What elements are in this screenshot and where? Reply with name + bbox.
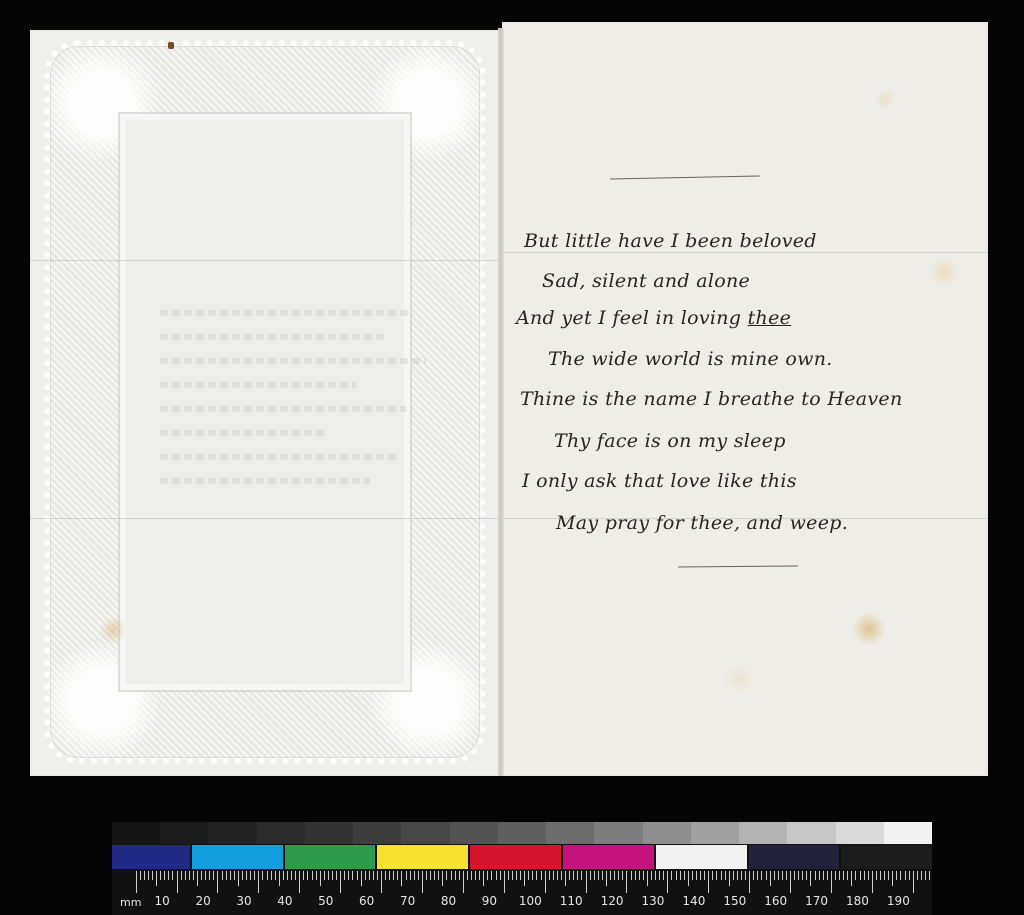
ruler-tick (381, 871, 382, 893)
ruler-label: 110 (560, 894, 583, 908)
ruler-tick (197, 871, 198, 886)
ruler-tick (573, 871, 574, 880)
ruler-label: 60 (359, 894, 374, 908)
ruler-tick (577, 871, 578, 880)
ruler-tick (536, 871, 537, 880)
ruler-tick (704, 871, 705, 880)
ruler-tick (631, 871, 632, 880)
color-patch-red (470, 845, 561, 869)
foxing-spot (100, 615, 126, 645)
ruler-tick (586, 871, 587, 893)
ruler-tick (909, 871, 910, 880)
ruler-tick (475, 871, 476, 880)
ruler-tick (651, 871, 652, 880)
color-patch-cyan (192, 845, 283, 869)
poem-line: And yet I feel in loving thee (516, 307, 791, 329)
ruler-tick (316, 871, 317, 880)
gray-patch (257, 822, 305, 844)
ruler-tick (541, 871, 542, 880)
ruler-tick (851, 871, 852, 886)
ruler-tick (397, 871, 398, 880)
handwritten-poem: But little have I been beloved Sad, sile… (502, 22, 988, 776)
ruler-tick (242, 871, 243, 880)
ruler-tick (855, 871, 856, 880)
poem-line: But little have I been beloved (524, 230, 817, 252)
ruler-label: 50 (318, 894, 333, 908)
ruler-tick (455, 871, 456, 880)
ruler-tick (205, 871, 206, 880)
ruler-tick (905, 871, 906, 880)
ruler-tick (442, 871, 443, 886)
ruler-unit-label: mm (120, 896, 141, 909)
ruler-tick (594, 871, 595, 880)
ruler-tick (508, 871, 509, 880)
ruler-tick (271, 871, 272, 880)
ruler-tick (802, 871, 803, 880)
ruler-tick (369, 871, 370, 880)
ruler-tick (913, 871, 914, 893)
ruler-tick (512, 871, 513, 880)
ruler-tick (373, 871, 374, 880)
foxing-spot (168, 42, 174, 49)
ruler-label: 120 (601, 894, 624, 908)
ruler-tick (320, 871, 321, 886)
color-patch-strip (112, 845, 932, 869)
ruler-tick (463, 871, 464, 893)
ruler-label: 70 (400, 894, 415, 908)
ruler-tick (561, 871, 562, 880)
ruler-tick (328, 871, 329, 880)
ink-show-through (160, 292, 440, 522)
ruler-tick (250, 871, 251, 880)
ruler-tick (516, 871, 517, 880)
gray-patch (305, 822, 353, 844)
ruler-tick (459, 871, 460, 880)
ruler-tick (864, 871, 865, 880)
ruler-tick (815, 871, 816, 880)
ruler-tick (426, 871, 427, 880)
ruler-tick (671, 871, 672, 880)
gray-patch (353, 822, 401, 844)
right-page: But little have I been beloved Sad, sile… (502, 22, 988, 776)
ruler-tick (430, 871, 431, 880)
ruler-tick (377, 871, 378, 880)
ruler-tick (238, 871, 239, 886)
ruler-tick (831, 871, 832, 893)
ruler-tick (761, 871, 762, 880)
ruler-tick (258, 871, 259, 893)
ruler-tick (790, 871, 791, 893)
ruler-tick (491, 871, 492, 880)
ruler-tick (614, 871, 615, 880)
ruler-tick (786, 871, 787, 880)
gray-patch (112, 822, 160, 844)
ruler-tick (827, 871, 828, 880)
ruler-tick (721, 871, 722, 880)
ruler-tick (312, 871, 313, 880)
ruler-tick (843, 871, 844, 880)
ruler-tick (770, 871, 771, 886)
ruler-tick (434, 871, 435, 880)
ruler-tick (667, 871, 668, 893)
ruler-tick (483, 871, 484, 886)
color-patch-white (656, 845, 747, 869)
ruler-tick (757, 871, 758, 880)
ruler-tick (528, 871, 529, 880)
ruler-tick (847, 871, 848, 880)
ruler-tick (692, 871, 693, 880)
ruler-label: 100 (519, 894, 542, 908)
ruler-tick (888, 871, 889, 880)
ruler-label: 30 (236, 894, 251, 908)
ruler-tick (500, 871, 501, 880)
color-patch-yellow (377, 845, 468, 869)
ruler-tick (401, 871, 402, 886)
ruler-tick (389, 871, 390, 880)
color-patch-magenta (563, 845, 654, 869)
ruler-tick (557, 871, 558, 880)
ruler-tick (896, 871, 897, 880)
ruler-tick (810, 871, 811, 886)
ruler-tick (610, 871, 611, 880)
ruler-tick (581, 871, 582, 880)
ruler-tick (524, 871, 525, 886)
ruler-tick (156, 871, 157, 886)
ruler-tick (708, 871, 709, 893)
ruler-tick (246, 871, 247, 880)
ruler-tick (880, 871, 881, 880)
ruler-tick (798, 871, 799, 880)
ruler-tick (622, 871, 623, 880)
ruler-tick (201, 871, 202, 880)
poem-line: Thine is the name I breathe to Heaven (520, 388, 902, 410)
gray-patch (691, 822, 739, 844)
ruler-tick (295, 871, 296, 880)
ruler-tick (340, 871, 341, 893)
ruler-tick (303, 871, 304, 880)
ruler-tick (283, 871, 284, 880)
ruler-tick (680, 871, 681, 880)
mm-ruler: mm 1020304050607080901001101201301401501… (112, 871, 932, 915)
ruler-tick (189, 871, 190, 880)
top-flourish (610, 175, 760, 179)
ruler-label: 150 (723, 894, 746, 908)
ruler-tick (209, 871, 210, 880)
gray-patch (546, 822, 594, 844)
ruler-tick (876, 871, 877, 880)
ruler-tick (549, 871, 550, 880)
gray-patch (787, 822, 835, 844)
ruler-tick (872, 871, 873, 893)
ruler-tick (900, 871, 901, 880)
gray-patch (450, 822, 498, 844)
ruler-tick (639, 871, 640, 880)
grayscale-strip (112, 822, 932, 844)
poem-line: The wide world is mine own. (548, 348, 833, 370)
ruler-tick (418, 871, 419, 880)
ruler-tick (725, 871, 726, 880)
underlined-word: thee (748, 307, 792, 329)
ruler-tick (279, 871, 280, 886)
color-patch-dark-navy (749, 845, 840, 869)
ruler-tick (181, 871, 182, 880)
ruler-tick (140, 871, 141, 880)
ruler-tick (729, 871, 730, 886)
ruler-tick (230, 871, 231, 880)
ruler-tick (234, 871, 235, 880)
ruler-tick (925, 871, 926, 880)
gray-patch (594, 822, 642, 844)
ruler-tick (414, 871, 415, 880)
ruler-tick (663, 871, 664, 880)
ruler-tick (299, 871, 300, 893)
ruler-tick (565, 871, 566, 886)
ruler-tick (749, 871, 750, 893)
ruler-tick (267, 871, 268, 880)
ruler-tick (733, 871, 734, 880)
ruler-tick (921, 871, 922, 880)
ruler-tick (172, 871, 173, 880)
ruler-tick (504, 871, 505, 893)
ruler-tick (177, 871, 178, 893)
ruler-tick (676, 871, 677, 880)
ruler-tick (144, 871, 145, 880)
ruler-tick (222, 871, 223, 880)
ruler-tick (835, 871, 836, 880)
ruler-label: 20 (195, 894, 210, 908)
manuscript-sheet: But little have I been beloved Sad, sile… (30, 22, 988, 776)
ruler-tick (446, 871, 447, 880)
ruler-tick (344, 871, 345, 880)
ruler-tick (647, 871, 648, 886)
ruler-tick (451, 871, 452, 880)
fold-line (30, 260, 500, 261)
ruler-tick (168, 871, 169, 880)
ruler-tick (643, 871, 644, 880)
ruler-tick (696, 871, 697, 880)
ruler-tick (553, 871, 554, 880)
ruler-tick (422, 871, 423, 893)
color-patch-green (285, 845, 376, 869)
ruler-tick (160, 871, 161, 880)
fold-line (30, 518, 500, 519)
ruler-tick (819, 871, 820, 880)
ruler-label: 190 (887, 894, 910, 908)
ruler-tick (361, 871, 362, 886)
color-patch-black (841, 845, 932, 869)
ruler-tick (794, 871, 795, 880)
ruler-tick (152, 871, 153, 880)
gray-patch (836, 822, 884, 844)
ruler-tick (532, 871, 533, 880)
ruler-tick (716, 871, 717, 880)
ruler-tick (287, 871, 288, 880)
ruler-tick (655, 871, 656, 880)
poem-line: May pray for thee, and weep. (556, 512, 848, 534)
ruler-tick (606, 871, 607, 886)
gray-patch (208, 822, 256, 844)
ruler-tick (892, 871, 893, 886)
ruler-label: 80 (441, 894, 456, 908)
gray-patch (401, 822, 449, 844)
ruler-tick (185, 871, 186, 880)
ruler-tick (213, 871, 214, 880)
ruler-tick (164, 871, 165, 880)
ruler-tick (365, 871, 366, 880)
ruler-tick (782, 871, 783, 880)
ruler-tick (332, 871, 333, 880)
ruler-tick (217, 871, 218, 893)
ruler-label: 10 (155, 894, 170, 908)
ruler-tick (684, 871, 685, 880)
poem-line: Sad, silent and alone (542, 270, 750, 292)
ruler-tick (385, 871, 386, 880)
ruler-tick (336, 871, 337, 880)
ruler-tick (823, 871, 824, 880)
color-patch-blue (112, 845, 190, 869)
ruler-tick (324, 871, 325, 880)
ruler-tick (410, 871, 411, 880)
ruler-tick (467, 871, 468, 880)
ruler-tick (712, 871, 713, 880)
ruler-tick (745, 871, 746, 880)
ruler-tick (860, 871, 861, 880)
ruler-tick (520, 871, 521, 880)
ruler-tick (148, 871, 149, 880)
ruler-tick (357, 871, 358, 880)
ruler-tick (496, 871, 497, 880)
gray-patch (498, 822, 546, 844)
ruler-label: 90 (482, 894, 497, 908)
ruler-label: 170 (805, 894, 828, 908)
ruler-tick (635, 871, 636, 880)
ruler-tick (352, 871, 353, 880)
poem-line: Thy face is on my sleep (554, 430, 786, 452)
ruler-tick (226, 871, 227, 880)
ruler-tick (569, 871, 570, 880)
ruler-tick (659, 871, 660, 880)
color-calibration-target: mm 1020304050607080901001101201301401501… (112, 822, 932, 915)
ruler-tick (741, 871, 742, 880)
gray-patch (160, 822, 208, 844)
gray-patch (884, 822, 932, 844)
ruler-tick (753, 871, 754, 880)
ruler-tick (598, 871, 599, 880)
ruler-tick (626, 871, 627, 893)
ruler-tick (590, 871, 591, 880)
poem-line: I only ask that love like this (522, 470, 797, 492)
ruler-tick (806, 871, 807, 880)
ruler-tick (766, 871, 767, 880)
center-fold-gutter (498, 28, 504, 776)
gray-patch (643, 822, 691, 844)
poem-line-text: And yet I feel in loving (516, 307, 748, 329)
ruler-tick (545, 871, 546, 893)
ruler-tick (291, 871, 292, 880)
ruler-tick (487, 871, 488, 880)
ruler-tick (393, 871, 394, 880)
ruler-tick (917, 871, 918, 880)
ruler-tick (348, 871, 349, 880)
ruler-label: 160 (764, 894, 787, 908)
ruler-tick (254, 871, 255, 880)
ruler-tick (438, 871, 439, 880)
ruler-tick (406, 871, 407, 880)
ruler-tick (275, 871, 276, 880)
ruler-tick (884, 871, 885, 880)
ruler-label: 130 (642, 894, 665, 908)
ruler-label: 140 (682, 894, 705, 908)
ruler-tick (774, 871, 775, 880)
ruler-tick (479, 871, 480, 880)
ruler-tick (839, 871, 840, 880)
ruler-label: 40 (277, 894, 292, 908)
ruler-tick (868, 871, 869, 880)
ruler-tick (700, 871, 701, 880)
bottom-flourish (678, 565, 798, 567)
ruler-tick (262, 871, 263, 880)
ruler-tick (737, 871, 738, 880)
ruler-tick (471, 871, 472, 880)
left-page (30, 30, 500, 776)
ruler-tick (602, 871, 603, 880)
ruler-tick (136, 871, 137, 893)
ruler-label: 180 (846, 894, 869, 908)
ruler-tick (193, 871, 194, 880)
ruler-tick (307, 871, 308, 880)
ruler-tick (618, 871, 619, 880)
ruler-tick (688, 871, 689, 886)
gray-patch (739, 822, 787, 844)
ruler-tick (929, 871, 930, 880)
ruler-tick (778, 871, 779, 880)
